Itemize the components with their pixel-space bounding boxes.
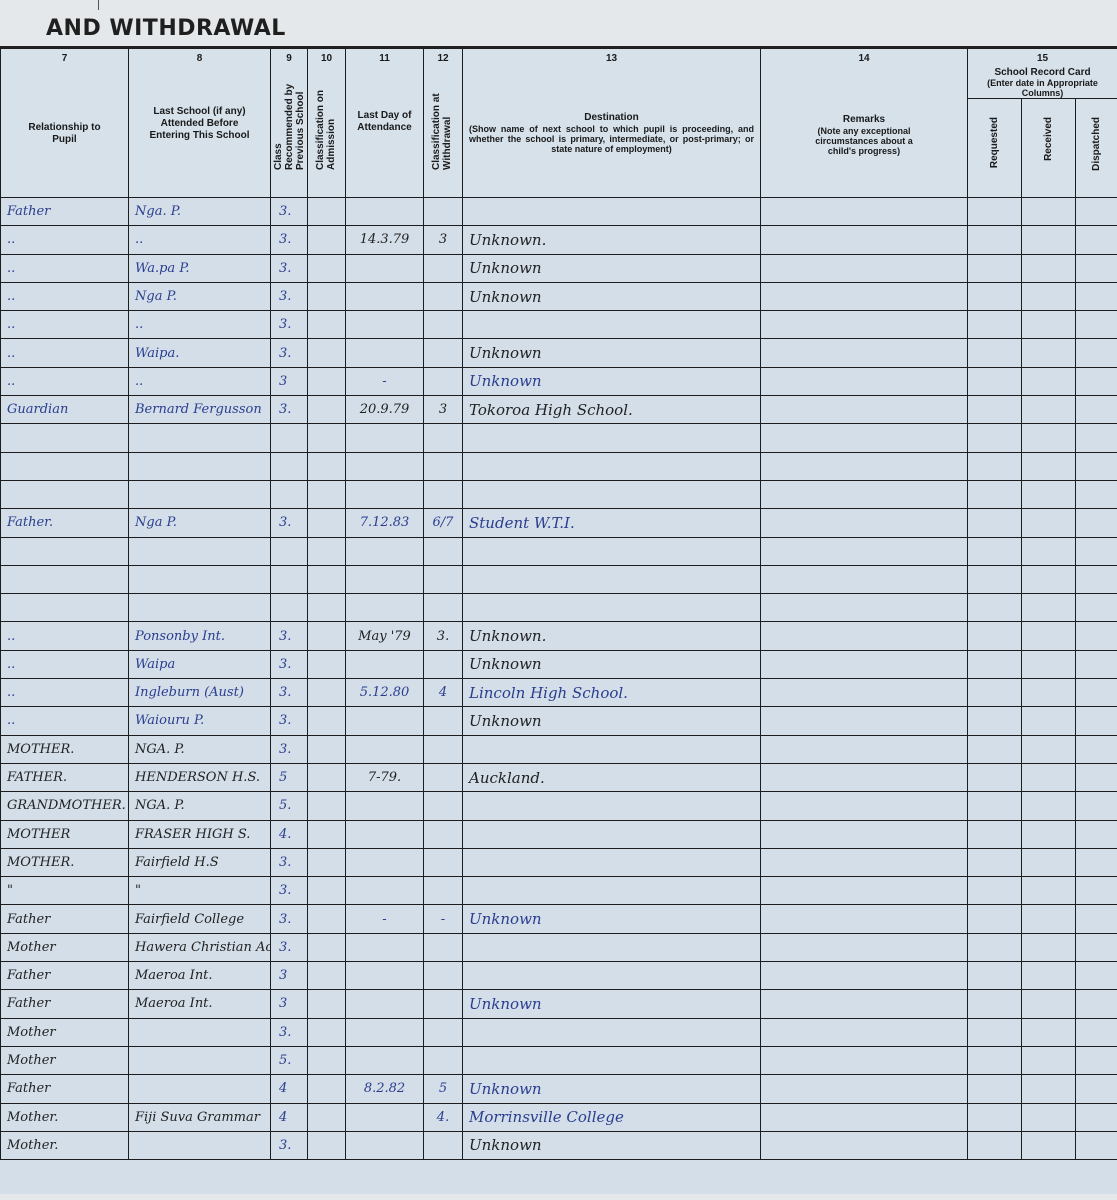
last-school-cell: Hawera Christian Academy <box>129 933 271 961</box>
relationship-cell <box>1 480 129 508</box>
table-row: ..Waipa3.Unknown <box>1 650 1117 678</box>
requested-cell <box>968 990 1022 1018</box>
last-school-cell: Waiouru P. <box>129 707 271 735</box>
dispatched-cell <box>1076 933 1117 961</box>
received-cell <box>1022 254 1076 282</box>
last-day-cell <box>346 198 424 226</box>
last-day-cell <box>346 1046 424 1074</box>
relationship-cell: Father. <box>1 509 129 537</box>
last-school-cell: .. <box>129 311 271 339</box>
class-recommended-cell: 3 <box>271 367 308 395</box>
table-row: MOTHER.NGA. P.3. <box>1 735 1117 763</box>
requested-cell <box>968 537 1022 565</box>
destination-cell <box>463 480 761 508</box>
table-row: GRANDMOTHER.NGA. P.5. <box>1 792 1117 820</box>
classification-admission-cell <box>308 877 346 905</box>
classification-admission-cell <box>308 424 346 452</box>
classification-admission-cell <box>308 452 346 480</box>
class-recommended-cell: 3 <box>271 962 308 990</box>
last-school-cell: Fiji Suva Grammar <box>129 1103 271 1131</box>
relationship-cell: Mother <box>1 1046 129 1074</box>
table-row: ..Ingleburn (Aust)3.5.12.804Lincoln High… <box>1 679 1117 707</box>
class-recommended-cell <box>271 537 308 565</box>
last-day-cell: 5.12.80 <box>346 679 424 707</box>
destination-cell <box>463 877 761 905</box>
class-recommended-cell: 3. <box>271 1018 308 1046</box>
classification-withdrawal-cell <box>424 594 463 622</box>
last-day-cell: 20.9.79 <box>346 396 424 424</box>
last-school-cell: Ponsonby Int. <box>129 622 271 650</box>
classification-admission-cell <box>308 311 346 339</box>
relationship-cell: .. <box>1 311 129 339</box>
relationship-cell: MOTHER. <box>1 848 129 876</box>
classification-withdrawal-cell <box>424 480 463 508</box>
last-school-cell: Wa.pa P. <box>129 254 271 282</box>
classification-withdrawal-cell <box>424 1131 463 1159</box>
withdrawal-register-table: 7 Relationship to Pupil 8 Last School (i… <box>0 48 1117 1160</box>
received-cell <box>1022 1131 1076 1159</box>
requested-cell <box>968 565 1022 593</box>
class-recommended-cell: 5 <box>271 763 308 791</box>
classification-withdrawal-cell <box>424 707 463 735</box>
classification-withdrawal-cell: 3 <box>424 226 463 254</box>
received-cell <box>1022 198 1076 226</box>
relationship-cell: Guardian <box>1 396 129 424</box>
classification-withdrawal-cell <box>424 424 463 452</box>
relationship-cell: GRANDMOTHER. <box>1 792 129 820</box>
remarks-cell <box>761 480 968 508</box>
last-school-cell: Maeroa Int. <box>129 990 271 1018</box>
destination-cell: Unknown <box>463 650 761 678</box>
classification-withdrawal-cell <box>424 1018 463 1046</box>
last-day-cell <box>346 254 424 282</box>
classification-admission-cell <box>308 933 346 961</box>
requested-cell <box>968 622 1022 650</box>
received-cell <box>1022 424 1076 452</box>
classification-admission-cell <box>308 1131 346 1159</box>
class-recommended-cell: 5. <box>271 1046 308 1074</box>
received-cell <box>1022 877 1076 905</box>
dispatched-cell <box>1076 1103 1117 1131</box>
class-recommended-cell: 3. <box>271 282 308 310</box>
received-cell <box>1022 905 1076 933</box>
withdrawal-register-sheet: 7 Relationship to Pupil 8 Last School (i… <box>0 46 1117 1194</box>
dispatched-cell <box>1076 735 1117 763</box>
received-cell <box>1022 311 1076 339</box>
relationship-cell: Father <box>1 198 129 226</box>
dispatched-cell <box>1076 820 1117 848</box>
classification-admission-cell <box>308 848 346 876</box>
requested-cell <box>968 226 1022 254</box>
last-day-cell <box>346 707 424 735</box>
dispatched-cell <box>1076 198 1117 226</box>
classification-admission-cell <box>308 226 346 254</box>
classification-withdrawal-cell <box>424 1046 463 1074</box>
class-recommended-cell <box>271 594 308 622</box>
relationship-cell: .. <box>1 254 129 282</box>
last-day-cell <box>346 424 424 452</box>
last-school-cell: Bernard Fergusson <box>129 396 271 424</box>
requested-cell <box>968 962 1022 990</box>
relationship-cell: FATHER. <box>1 763 129 791</box>
last-day-cell <box>346 339 424 367</box>
dispatched-cell <box>1076 877 1117 905</box>
received-cell <box>1022 226 1076 254</box>
destination-cell: Unknown <box>463 990 761 1018</box>
remarks-cell <box>761 565 968 593</box>
destination-cell: Unknown. <box>463 226 761 254</box>
remarks-cell <box>761 311 968 339</box>
table-row: ..Ponsonby Int.3.May '793.Unknown. <box>1 622 1117 650</box>
relationship-cell: Mother <box>1 1018 129 1046</box>
classification-admission-cell <box>308 792 346 820</box>
relationship-cell: " <box>1 877 129 905</box>
remarks-cell <box>761 820 968 848</box>
dispatched-cell <box>1076 509 1117 537</box>
table-row: Mother.3.Unknown <box>1 1131 1117 1159</box>
remarks-cell <box>761 282 968 310</box>
received-cell <box>1022 650 1076 678</box>
received-cell <box>1022 452 1076 480</box>
last-day-cell <box>346 962 424 990</box>
remarks-cell <box>761 339 968 367</box>
received-cell <box>1022 537 1076 565</box>
dispatched-cell <box>1076 848 1117 876</box>
classification-withdrawal-cell: 5 <box>424 1075 463 1103</box>
class-recommended-cell: 3. <box>271 650 308 678</box>
header-remarks: 14 Remarks (Note any exceptional circums… <box>761 49 968 198</box>
class-recommended-cell: 4. <box>271 820 308 848</box>
dispatched-cell <box>1076 396 1117 424</box>
table-row: FATHER.HENDERSON H.S.57-79.Auckland. <box>1 763 1117 791</box>
dispatched-cell <box>1076 962 1117 990</box>
last-day-cell <box>346 1103 424 1131</box>
last-day-cell <box>346 735 424 763</box>
classification-admission-cell <box>308 198 346 226</box>
remarks-cell <box>761 650 968 678</box>
relationship-cell: .. <box>1 650 129 678</box>
received-cell <box>1022 1103 1076 1131</box>
last-day-cell <box>346 480 424 508</box>
classification-withdrawal-cell: 4. <box>424 1103 463 1131</box>
last-day-cell: May '79 <box>346 622 424 650</box>
received-cell <box>1022 1075 1076 1103</box>
table-row: ....3-Unknown <box>1 367 1117 395</box>
classification-admission-cell <box>308 735 346 763</box>
classification-withdrawal-cell <box>424 537 463 565</box>
last-school-cell <box>129 594 271 622</box>
relationship-cell: Mother <box>1 933 129 961</box>
classification-withdrawal-cell: 3. <box>424 622 463 650</box>
relationship-cell: .. <box>1 226 129 254</box>
classification-admission-cell <box>308 962 346 990</box>
destination-cell <box>463 820 761 848</box>
remarks-cell <box>761 594 968 622</box>
destination-cell <box>463 537 761 565</box>
requested-cell <box>968 594 1022 622</box>
last-school-cell: Nga P. <box>129 282 271 310</box>
last-school-cell: " <box>129 877 271 905</box>
dispatched-cell <box>1076 452 1117 480</box>
class-recommended-cell: 4 <box>271 1075 308 1103</box>
requested-cell <box>968 480 1022 508</box>
classification-withdrawal-cell <box>424 763 463 791</box>
table-row: ""3. <box>1 877 1117 905</box>
class-recommended-cell: 3. <box>271 254 308 282</box>
class-recommended-cell: 3. <box>271 622 308 650</box>
last-school-cell: HENDERSON H.S. <box>129 763 271 791</box>
requested-cell <box>968 792 1022 820</box>
requested-cell <box>968 877 1022 905</box>
relationship-cell: Father <box>1 1075 129 1103</box>
destination-cell <box>463 792 761 820</box>
relationship-cell <box>1 424 129 452</box>
classification-withdrawal-cell <box>424 254 463 282</box>
relationship-cell: Father <box>1 905 129 933</box>
remarks-cell <box>761 1018 968 1046</box>
dispatched-cell <box>1076 254 1117 282</box>
last-day-cell: 14.3.79 <box>346 226 424 254</box>
last-day-cell <box>346 877 424 905</box>
received-cell <box>1022 396 1076 424</box>
remarks-cell <box>761 254 968 282</box>
destination-cell: Unknown <box>463 367 761 395</box>
classification-withdrawal-cell <box>424 282 463 310</box>
last-day-cell <box>346 650 424 678</box>
table-row <box>1 424 1117 452</box>
last-day-cell: 7.12.83 <box>346 509 424 537</box>
last-school-cell <box>129 424 271 452</box>
last-day-cell <box>346 452 424 480</box>
dispatched-cell <box>1076 226 1117 254</box>
class-recommended-cell: 5. <box>271 792 308 820</box>
last-school-cell <box>129 452 271 480</box>
classification-admission-cell <box>308 594 346 622</box>
relationship-cell: Father <box>1 962 129 990</box>
remarks-cell <box>761 1131 968 1159</box>
relationship-cell: .. <box>1 679 129 707</box>
last-school-cell: .. <box>129 226 271 254</box>
received-cell <box>1022 339 1076 367</box>
remarks-cell <box>761 226 968 254</box>
received-cell <box>1022 848 1076 876</box>
page-mark <box>98 0 99 10</box>
header-relationship: 7 Relationship to Pupil <box>1 49 129 198</box>
classification-admission-cell <box>308 763 346 791</box>
relationship-cell <box>1 594 129 622</box>
relationship-cell: MOTHER <box>1 820 129 848</box>
classification-admission-cell <box>308 367 346 395</box>
requested-cell <box>968 1131 1022 1159</box>
remarks-cell <box>761 509 968 537</box>
header-requested: Requested <box>968 99 1022 198</box>
last-school-cell <box>129 1018 271 1046</box>
received-cell <box>1022 480 1076 508</box>
class-recommended-cell <box>271 452 308 480</box>
classification-admission-cell <box>308 1018 346 1046</box>
last-school-cell: NGA. P. <box>129 735 271 763</box>
requested-cell <box>968 367 1022 395</box>
classification-admission-cell <box>308 537 346 565</box>
classification-withdrawal-cell <box>424 198 463 226</box>
requested-cell <box>968 311 1022 339</box>
destination-cell: Auckland. <box>463 763 761 791</box>
class-recommended-cell: 3. <box>271 226 308 254</box>
remarks-cell <box>761 198 968 226</box>
remarks-cell <box>761 622 968 650</box>
classification-admission-cell <box>308 650 346 678</box>
table-row: ....3.14.3.793Unknown. <box>1 226 1117 254</box>
destination-cell <box>463 962 761 990</box>
last-day-cell: - <box>346 367 424 395</box>
dispatched-cell <box>1076 707 1117 735</box>
destination-cell: Unknown. <box>463 622 761 650</box>
class-recommended-cell: 3. <box>271 679 308 707</box>
table-row <box>1 480 1117 508</box>
table-row: MOTHER.Fairfield H.S3. <box>1 848 1117 876</box>
last-school-cell: Waipa. <box>129 339 271 367</box>
remarks-cell <box>761 537 968 565</box>
class-recommended-cell: 3. <box>271 311 308 339</box>
last-school-cell: Waipa <box>129 650 271 678</box>
classification-admission-cell <box>308 282 346 310</box>
requested-cell <box>968 396 1022 424</box>
class-recommended-cell: 3. <box>271 339 308 367</box>
header-dispatched: Dispatched <box>1076 99 1117 198</box>
relationship-cell <box>1 452 129 480</box>
destination-cell <box>463 565 761 593</box>
received-cell <box>1022 962 1076 990</box>
requested-cell <box>968 679 1022 707</box>
last-day-cell <box>346 848 424 876</box>
relationship-cell: Mother. <box>1 1103 129 1131</box>
relationship-cell: Father <box>1 990 129 1018</box>
class-recommended-cell: 3. <box>271 905 308 933</box>
table-row: Mother.Fiji Suva Grammar44.Morrinsville … <box>1 1103 1117 1131</box>
destination-cell <box>463 735 761 763</box>
received-cell <box>1022 282 1076 310</box>
remarks-cell <box>761 905 968 933</box>
classification-withdrawal-cell <box>424 848 463 876</box>
header-last-school: 8 Last School (if any) Attended Before E… <box>129 49 271 198</box>
classification-withdrawal-cell <box>424 565 463 593</box>
dispatched-cell <box>1076 1046 1117 1074</box>
classification-admission-cell <box>308 1075 346 1103</box>
remarks-cell <box>761 763 968 791</box>
table-row: ..Waipa.3.Unknown <box>1 339 1117 367</box>
received-cell <box>1022 707 1076 735</box>
last-school-cell <box>129 1075 271 1103</box>
requested-cell <box>968 452 1022 480</box>
remarks-cell <box>761 367 968 395</box>
class-recommended-cell: 3. <box>271 1131 308 1159</box>
dispatched-cell <box>1076 565 1117 593</box>
received-cell <box>1022 594 1076 622</box>
last-day-cell <box>346 933 424 961</box>
class-recommended-cell <box>271 565 308 593</box>
table-row: FatherFairfield College3.--Unknown <box>1 905 1117 933</box>
table-row: ..Waiouru P.3.Unknown <box>1 707 1117 735</box>
classification-withdrawal-cell: - <box>424 905 463 933</box>
requested-cell <box>968 905 1022 933</box>
dispatched-cell <box>1076 650 1117 678</box>
classification-admission-cell <box>308 679 346 707</box>
destination-cell <box>463 452 761 480</box>
last-school-cell: Maeroa Int. <box>129 962 271 990</box>
table-row: FatherMaeroa Int.3 <box>1 962 1117 990</box>
last-school-cell <box>129 1046 271 1074</box>
remarks-cell <box>761 962 968 990</box>
received-cell <box>1022 622 1076 650</box>
received-cell <box>1022 1046 1076 1074</box>
classification-withdrawal-cell <box>424 990 463 1018</box>
requested-cell <box>968 1075 1022 1103</box>
received-cell <box>1022 679 1076 707</box>
page-title: AND WITHDRAWAL <box>46 16 286 41</box>
destination-cell: Unknown <box>463 1075 761 1103</box>
dispatched-cell <box>1076 367 1117 395</box>
class-recommended-cell: 3. <box>271 198 308 226</box>
classification-admission-cell <box>308 707 346 735</box>
classification-admission-cell <box>308 1103 346 1131</box>
destination-cell <box>463 848 761 876</box>
last-day-cell: - <box>346 905 424 933</box>
classification-withdrawal-cell: 6/7 <box>424 509 463 537</box>
remarks-cell <box>761 1103 968 1131</box>
classification-admission-cell <box>308 254 346 282</box>
relationship-cell: .. <box>1 282 129 310</box>
table-row: Father48.2.825Unknown <box>1 1075 1117 1103</box>
class-recommended-cell: 3 <box>271 990 308 1018</box>
dispatched-cell <box>1076 990 1117 1018</box>
remarks-cell <box>761 679 968 707</box>
received-cell <box>1022 820 1076 848</box>
received-cell <box>1022 509 1076 537</box>
dispatched-cell <box>1076 311 1117 339</box>
destination-cell <box>463 594 761 622</box>
remarks-cell <box>761 735 968 763</box>
class-recommended-cell: 3. <box>271 933 308 961</box>
received-cell <box>1022 933 1076 961</box>
destination-cell: Unknown <box>463 282 761 310</box>
class-recommended-cell: 3. <box>271 735 308 763</box>
header-class-recommended: 9 Class Recommended by Previous School <box>271 49 308 198</box>
table-row: ....3. <box>1 311 1117 339</box>
destination-cell <box>463 933 761 961</box>
dispatched-cell <box>1076 622 1117 650</box>
destination-cell: Tokoroa High School. <box>463 396 761 424</box>
table-row: FatherMaeroa Int.3Unknown <box>1 990 1117 1018</box>
last-day-cell: 7-79. <box>346 763 424 791</box>
destination-cell: Unknown <box>463 339 761 367</box>
class-recommended-cell: 3. <box>271 707 308 735</box>
header-school-record-card: 15 School Record Card (Enter date in App… <box>968 49 1117 99</box>
remarks-cell <box>761 1046 968 1074</box>
classification-withdrawal-cell <box>424 339 463 367</box>
destination-cell: Morrinsville College <box>463 1103 761 1131</box>
requested-cell <box>968 198 1022 226</box>
header-received: Received <box>1022 99 1076 198</box>
last-day-cell <box>346 311 424 339</box>
destination-cell <box>463 1018 761 1046</box>
classification-admission-cell <box>308 480 346 508</box>
last-school-cell: Ingleburn (Aust) <box>129 679 271 707</box>
table-row: ..Nga P.3.Unknown <box>1 282 1117 310</box>
classification-admission-cell <box>308 990 346 1018</box>
dispatched-cell <box>1076 905 1117 933</box>
class-recommended-cell: 4 <box>271 1103 308 1131</box>
requested-cell <box>968 424 1022 452</box>
